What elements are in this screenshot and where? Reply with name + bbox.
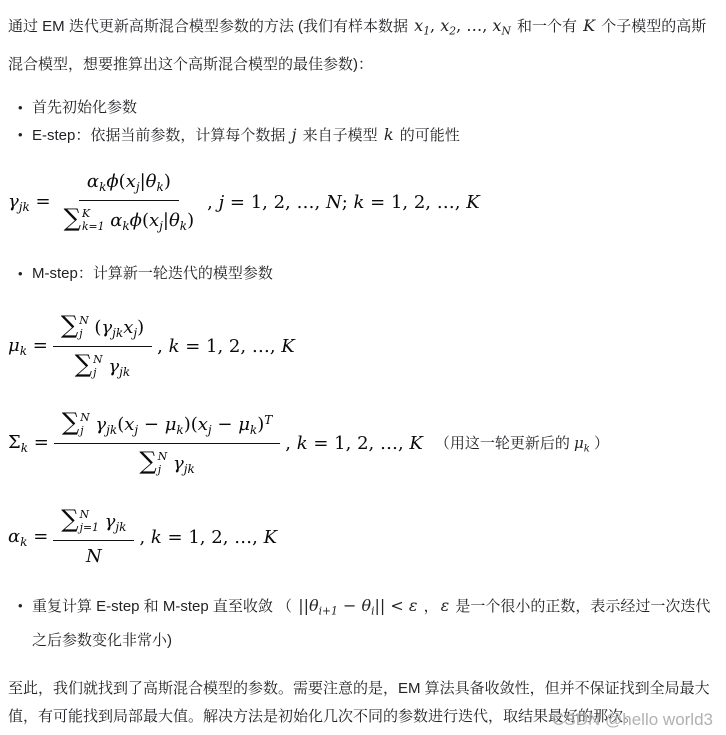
formula-alpha-lhs: αk = [8, 526, 48, 549]
formula-sigma-numerator: ∑Nj γjk(xj − μk)(xj − μk)T [54, 408, 280, 444]
mstep-text: M-step：计算新一轮迭代的模型参数 [32, 265, 273, 282]
inline-math-k: k [382, 125, 396, 144]
mstep-list: M-step：计算新一轮迭代的模型参数 [8, 260, 712, 287]
formula-mu-denominator: ∑Nj γjk [67, 347, 138, 382]
inline-math-convergence: ||θi+1 − θi|| < ε [296, 596, 419, 615]
formula-sigma-fraction: ∑Nj γjk(xj − μk)(xj − μk)T ∑Nj γjk [54, 408, 280, 479]
repeat-text-2: ， [419, 598, 438, 615]
formula-sigma: Σk = ∑Nj γjk(xj − μk)(xj − μk)T ∑Nj γjk … [8, 408, 712, 479]
intro-paragraph: 通过 EM 迭代更新高斯混合模型参数的方法 (我们有样本数据 x1, x2, …… [8, 9, 712, 81]
sigma-note-text-2: ） [590, 435, 609, 452]
sigma-note-text-1: （用这一轮更新后的 [435, 435, 574, 452]
steps-list: 首先初始化参数 E-step：依据当前参数，计算每个数据 j 来自子模型 k 的… [8, 94, 712, 149]
formula-alpha: αk = ∑Nj=1 γjk N , k = 1, 2, …, K [8, 505, 712, 571]
repeat-list: 重复计算 E-step 和 M-step 直至收敛 （ ||θi+1 − θi|… [8, 591, 712, 655]
formula-gamma: γjk = αkϕ(xj|θk) ∑Kk=1 αkϕ(xj|θk) , j = … [8, 169, 712, 236]
formula-mu-fraction: ∑Nj (γjkxj) ∑Nj γjk [53, 311, 152, 382]
inline-math-epsilon: ε [439, 596, 452, 615]
inline-math-mu-k: μk [574, 434, 590, 452]
formula-gamma-fraction: αkϕ(xj|θk) ∑Kk=1 αkϕ(xj|θk) [56, 169, 203, 236]
formula-alpha-numerator: ∑Nj=1 γjk [53, 505, 134, 541]
list-item-repeat: 重复计算 E-step 和 M-step 直至收敛 （ ||θi+1 − θi|… [32, 591, 712, 655]
inline-math-K: K [581, 16, 597, 35]
list-item-estep: E-step：依据当前参数，计算每个数据 j 来自子模型 k 的可能性 [32, 121, 712, 149]
estep-text-2: 来自子模型 [299, 127, 382, 144]
inline-math-samples: x1, x2, …, xN [412, 16, 513, 35]
intro-text-2: 和一个有 [513, 18, 581, 35]
estep-text-1: E-step：依据当前参数，计算每个数据 [32, 127, 290, 144]
intro-text-1: 通过 EM 迭代更新高斯混合模型参数的方法 (我们有样本数据 [8, 18, 412, 35]
init-step-text: 首先初始化参数 [32, 99, 137, 116]
formula-sigma-denominator: ∑Nj γjk [131, 444, 202, 479]
csdn-watermark: CSDN @hello world3 [552, 710, 713, 730]
formula-alpha-conditions: , k = 1, 2, …, K [139, 527, 277, 548]
formula-gamma-numerator: αkϕ(xj|θk) [79, 169, 179, 201]
article-content: 通过 EM 迭代更新高斯混合模型参数的方法 (我们有样本数据 x1, x2, …… [0, 0, 726, 735]
formula-sigma-conditions: , k = 1, 2, …, K [285, 433, 423, 454]
repeat-text-1: 重复计算 E-step 和 M-step 直至收敛 （ [32, 598, 296, 615]
formula-mu-numerator: ∑Nj (γjkxj) [53, 311, 152, 347]
formula-mu: μk = ∑Nj (γjkxj) ∑Nj γjk , k = 1, 2, …, … [8, 311, 712, 382]
formula-mu-conditions: , k = 1, 2, …, K [157, 336, 295, 357]
inline-math-j: j [290, 125, 299, 144]
formula-alpha-denominator: N [78, 541, 110, 571]
formula-sigma-lhs: Σk = [8, 432, 49, 455]
formula-gamma-denominator: ∑Kk=1 αkϕ(xj|θk) [56, 201, 203, 236]
list-item-mstep: M-step：计算新一轮迭代的模型参数 [32, 260, 712, 287]
estep-text-3: 的可能性 [396, 127, 460, 144]
formula-mu-lhs: μk = [8, 335, 48, 358]
formula-gamma-conditions: , j = 1, 2, …, N; k = 1, 2, …, K [207, 192, 480, 213]
formula-alpha-fraction: ∑Nj=1 γjk N [53, 505, 134, 571]
formula-sigma-note: （用这一轮更新后的 μk ） [435, 432, 609, 454]
formula-gamma-lhs: γjk = [8, 191, 51, 214]
list-item-init: 首先初始化参数 [32, 94, 712, 121]
